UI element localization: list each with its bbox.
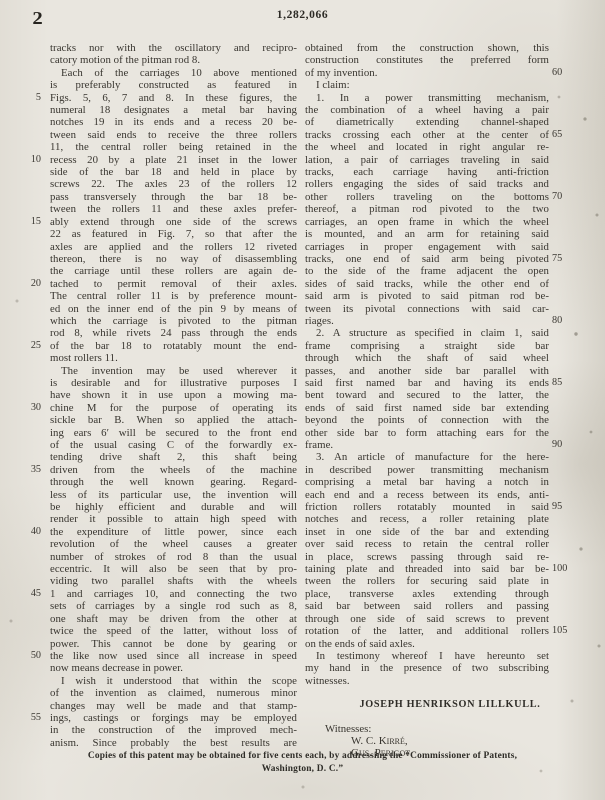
text-line-content: In testimony whereof I have hereunto set — [305, 650, 549, 662]
text-line-content: carriages in proper engagement with said — [305, 241, 549, 253]
text-line-content: I claim: — [305, 79, 549, 91]
text-line: have shown it in use upon a mowing ma- — [50, 389, 297, 401]
text-line: the expenditure of little power, since e… — [50, 526, 297, 538]
text-line: in described power transmitting mechanis… — [305, 464, 549, 476]
text-line-content: twice the speed of the latter, without l… — [50, 625, 297, 637]
text-line: witnesses. — [305, 675, 549, 687]
text-line: viding two parallel shafts with the whee… — [50, 575, 297, 587]
text-line-content: tween its pivotal connections with said … — [305, 303, 549, 315]
text-line: thereof, a pitman rod pivoted to the two — [305, 203, 549, 215]
text-line-content: 3. An article of manufacture for the her… — [305, 451, 549, 463]
text-line: screws 22. The axles 23 of the rollers 1… — [50, 178, 297, 190]
text-line-content: bent toward and secured to the latter, t… — [305, 389, 549, 401]
text-line: said first named bar and having its ends… — [305, 377, 549, 389]
text-line-content: is preferably constructed as featured in — [50, 79, 297, 91]
witnesses-label: Witnesses: — [305, 723, 549, 735]
text-line-content: The central roller 11 is by preference m… — [50, 290, 297, 302]
text-line: one shaft may be driven from the other a… — [50, 613, 297, 625]
text-line: tracks, each carriage having anti-fricti… — [305, 166, 549, 178]
text-line-content: frame comprising a straight side bar — [305, 340, 549, 352]
text-line-content: passes, and another side bar parallel wi… — [305, 365, 549, 377]
text-line-content: in described power transmitting mechanis… — [305, 464, 549, 476]
text-line: pass transversely through the bar 18 be- — [50, 191, 297, 203]
text-line-content: tween the rollers for securing said plat… — [305, 575, 549, 587]
text-line-content: in place, screws passing through said re… — [305, 551, 549, 563]
text-line-content: sickle bar B. When so applied the attach… — [50, 414, 297, 426]
text-line-content: place, transverse axles extending throug… — [305, 588, 549, 600]
text-line-content: numeral 18 designates a metal bar having — [50, 104, 297, 116]
text-line-content: rod 8, while rivets 24 pass through the … — [50, 327, 297, 339]
text-line: side of the bar 18 and held in place by — [50, 166, 297, 178]
text-line: through which the shaft of said wheel — [305, 352, 549, 364]
text-line: is mounted, and an arm for retaining sai… — [305, 228, 549, 240]
text-line: number of strokes of rod 8 than the usua… — [50, 551, 297, 563]
text-line: axles are applied and the rollers 12 riv… — [50, 241, 297, 253]
text-line: the carriage until these rollers are aga… — [50, 265, 297, 277]
text-line: 1. In a power transmitting mechanism, — [305, 92, 549, 104]
text-line: lation, a pair of carriages traveling in… — [305, 154, 549, 166]
text-line: of my invention.60 — [305, 67, 549, 79]
text-line: The central roller 11 is by preference m… — [50, 290, 297, 302]
text-line: tween the rollers 11 and these axles pre… — [50, 203, 297, 215]
text-line-content: lation, a pair of carriages traveling in… — [305, 154, 549, 166]
text-line: eccentric. It will also be seen that by … — [50, 563, 297, 575]
text-line-content: recess 20 by a plate 21 inset in the low… — [50, 154, 297, 166]
text-line: is desirable and for illustrative purpos… — [50, 377, 297, 389]
text-line: friction rollers rotatably mounted in sa… — [305, 501, 549, 513]
text-line-content: the wheel and located in right angular r… — [305, 141, 549, 153]
text-line-content: comprising a metal bar having a notch in — [305, 476, 549, 488]
text-line-content: obtained from the construction shown, th… — [305, 42, 549, 54]
text-line: rollers engaging the sides of said track… — [305, 178, 549, 190]
text-line-content: is desirable and for illustrative purpos… — [50, 377, 297, 389]
text-line-content: over said recess to retain the central r… — [305, 538, 549, 550]
text-line: Each of the carriages 10 above mentioned — [50, 67, 297, 79]
text-line: riages.80 — [305, 315, 549, 327]
text-line-content: tached to permit removal of their axles. — [50, 278, 297, 290]
text-line-content: changes may well be made and that stamp- — [50, 700, 297, 712]
text-line: thereon, there is no way of disassemblin… — [50, 253, 297, 265]
text-line-content: of the usual casing C of the forwardly e… — [50, 439, 297, 451]
witness-name: W. C. Kirré, — [305, 735, 549, 747]
inventor-signature: JOSEPH HENRIKSON LILLKULL. — [305, 699, 549, 711]
text-line: notches and recess, a roller retaining p… — [305, 513, 549, 525]
text-line: inset in one side of the bar and extendi… — [305, 526, 549, 538]
margin-line-number: 80 — [552, 315, 578, 327]
text-line: The invention may be used wherever it — [50, 365, 297, 377]
text-line-content: viding two parallel shafts with the whee… — [50, 575, 297, 587]
margin-line-number: 30 — [24, 402, 41, 414]
text-line: comprising a metal bar having a notch in — [305, 476, 549, 488]
text-line-content: I wish it understood that within the sco… — [50, 675, 297, 687]
text-line: most rollers 11. — [50, 352, 297, 364]
text-line-content: ings, castings or forgings may be employ… — [50, 712, 297, 724]
text-line: changes may well be made and that stamp- — [50, 700, 297, 712]
text-line: taining plate and threaded into said bar… — [305, 563, 549, 575]
text-line-content: the like now used since all increase in … — [50, 650, 297, 662]
text-line-content: be highly efficient and durable and will — [50, 501, 297, 513]
text-line: I wish it understood that within the sco… — [50, 675, 297, 687]
text-line: notches 19 in its ends and a recess 20 b… — [50, 116, 297, 128]
text-line-content: 1. In a power transmitting mechanism, — [305, 92, 549, 104]
text-line: catory motion of the pitman rod 8. — [50, 54, 297, 66]
text-line-content: Figs. 5, 6, 7 and 8. In these figures, t… — [50, 92, 297, 104]
text-line-content: chine M for the purpose of operating its — [50, 402, 297, 414]
text-line: driven from the wheels of the machine35 — [50, 464, 297, 476]
text-line-content: less of its particular use, the inventio… — [50, 489, 297, 501]
margin-line-number: 75 — [552, 253, 578, 265]
text-line-content: ably extend through one side of the scre… — [50, 216, 297, 228]
text-line: tracks crossing each other at the center… — [305, 129, 549, 141]
text-line: ing ears 6′ will be secured to the front… — [50, 427, 297, 439]
text-line: in place, screws passing through said re… — [305, 551, 549, 563]
text-line-content: ing ears 6′ will be secured to the front… — [50, 427, 297, 439]
text-line-content: each end and a recess between its ends, … — [305, 489, 549, 501]
text-line-content: through the well known gearing. Regard- — [50, 476, 297, 488]
text-line: sides of said tracks, while the other en… — [305, 278, 549, 290]
text-line-content: taining plate and threaded into said bar… — [305, 563, 549, 575]
margin-line-number: 85 — [552, 377, 578, 389]
text-line-content: 1 and carriages 10, and connecting the t… — [50, 588, 297, 600]
margin-line-number: 105 — [552, 625, 578, 637]
text-line-content: side of the bar 18 and held in place by — [50, 166, 297, 178]
text-line-content: tracks, each carriage having anti-fricti… — [305, 166, 549, 178]
text-line: carriages, an open frame in which the wh… — [305, 216, 549, 228]
text-line: ings, castings or forgings may be employ… — [50, 712, 297, 724]
text-line-content: ed on the inner end of the pin 9 by mean… — [50, 303, 297, 315]
text-line-content: tracks, one end of said arm being pivote… — [305, 253, 549, 265]
text-line-content: ends of said first named side bar extend… — [305, 402, 549, 414]
text-line: power. This cannot be done by gearing or — [50, 638, 297, 650]
text-line-content: said bar between said rollers and passin… — [305, 600, 549, 612]
text-line: of the bar 18 to rotatably mount the end… — [50, 340, 297, 352]
text-line-content: pass transversely through the bar 18 be- — [50, 191, 297, 203]
text-line-content: of the bar 18 to rotatably mount the end… — [50, 340, 297, 352]
text-line: frame.90 — [305, 439, 549, 451]
text-line-content: most rollers 11. — [50, 352, 297, 364]
text-line: of the invention as claimed, numerous mi… — [50, 687, 297, 699]
text-line: the like now used since all increase in … — [50, 650, 297, 662]
text-line: 11, the central roller being retained in… — [50, 141, 297, 153]
text-line: which the carriage is pivoted to the pit… — [50, 315, 297, 327]
text-line-content: beyond the points of connection with the — [305, 414, 549, 426]
text-line: place, transverse axles extending throug… — [305, 588, 549, 600]
text-line-content: driven from the wheels of the machine — [50, 464, 297, 476]
margin-line-number: 5 — [24, 92, 41, 104]
text-line-content: of my invention. — [305, 67, 549, 79]
text-line-content: carriages, an open frame in which the wh… — [305, 216, 549, 228]
text-line-content: other side bar to form attaching ears fo… — [305, 427, 549, 439]
margin-line-number: 45 — [24, 588, 41, 600]
margin-line-number: 15 — [24, 216, 41, 228]
footer-notice: Copies of this patent may be obtained fo… — [0, 750, 605, 776]
margin-line-number: 25 — [24, 340, 41, 352]
text-line-content: my hand in the presence of two subscribi… — [305, 662, 549, 674]
text-line-content: to the side of the frame adjacent the op… — [305, 265, 549, 277]
text-line-content: 11, the central roller being retained in… — [50, 141, 297, 153]
text-line: rod 8, while rivets 24 pass through the … — [50, 327, 297, 339]
text-line-content: the carriage until these rollers are aga… — [50, 265, 297, 277]
text-line: other rollers traveling on the bottoms70 — [305, 191, 549, 203]
left-column-lines: tracks nor with the oscillatory and reci… — [50, 42, 297, 749]
text-line-content: tracks crossing each other at the center… — [305, 129, 549, 141]
footer-line-1: Copies of this patent may be obtained fo… — [0, 750, 605, 763]
text-line: ends of said first named side bar extend… — [305, 402, 549, 414]
margin-line-number: 55 — [24, 712, 41, 724]
text-line-content: the expenditure of little power, since e… — [50, 526, 297, 538]
text-line-content: axles are applied and the rollers 12 riv… — [50, 241, 297, 253]
margin-line-number: 50 — [24, 650, 41, 662]
text-line: Figs. 5, 6, 7 and 8. In these figures, t… — [50, 92, 297, 104]
text-line-content: tending drive shaft 2, this shaft being — [50, 451, 297, 463]
margin-line-number: 90 — [552, 439, 578, 451]
text-line: through the well known gearing. Regard- — [50, 476, 297, 488]
text-line-content: through which the shaft of said wheel — [305, 352, 549, 364]
text-line-content: number of strokes of rod 8 than the usua… — [50, 551, 297, 563]
text-line: recess 20 by a plate 21 inset in the low… — [50, 154, 297, 166]
text-line: each end and a recess between its ends, … — [305, 489, 549, 501]
margin-line-number: 65 — [552, 129, 578, 141]
patent-document-page: 2 1,282,066 tracks nor with the oscillat… — [0, 0, 605, 800]
text-line: numeral 18 designates a metal bar having — [50, 104, 297, 116]
text-line: other side bar to form attaching ears fo… — [305, 427, 549, 439]
text-line: 3. An article of manufacture for the her… — [305, 451, 549, 463]
text-line-content: Each of the carriages 10 above mentioned — [50, 67, 297, 79]
text-line-content: on the ends of said axles. — [305, 638, 549, 650]
text-line-content: render it possible to attain high speed … — [50, 513, 297, 525]
text-line-content: notches 19 in its ends and a recess 20 b… — [50, 116, 297, 128]
text-line: rotation of the latter, and additional r… — [305, 625, 549, 637]
text-line: obtained from the construction shown, th… — [305, 42, 549, 54]
margin-line-number: 20 — [24, 278, 41, 290]
text-line-content: which the carriage is pivoted to the pit… — [50, 315, 297, 327]
text-line: said arm is pivoted to said pitman rod b… — [305, 290, 549, 302]
text-line-content: said first named bar and having its ends — [305, 377, 549, 389]
text-line: now means decrease in power. — [50, 662, 297, 674]
text-line: tween said ends to receive the three rol… — [50, 129, 297, 141]
text-line-content: revolution of the wheel causes a greater — [50, 538, 297, 550]
text-line: 2. A structure as specified in claim 1, … — [305, 327, 549, 339]
text-line: I claim: — [305, 79, 549, 91]
margin-line-number: 70 — [552, 191, 578, 203]
text-line: chine M for the purpose of operating its… — [50, 402, 297, 414]
text-line: passes, and another side bar parallel wi… — [305, 365, 549, 377]
text-line-content: through one side of said screws to preve… — [305, 613, 549, 625]
text-line-content: sets of carriages by a single rod such a… — [50, 600, 297, 612]
text-line-content: 22 as featured in Fig. 7, so that after … — [50, 228, 297, 240]
text-line-content: tween the rollers 11 and these axles pre… — [50, 203, 297, 215]
text-line: the wheel and located in right angular r… — [305, 141, 549, 153]
text-line: in the construction of the improved mech… — [50, 724, 297, 736]
text-line-content: rollers engaging the sides of said track… — [305, 178, 549, 190]
text-line-content: screws 22. The axles 23 of the rollers 1… — [50, 178, 297, 190]
paper-speckles — [0, 0, 2, 2]
text-line-content: power. This cannot be done by gearing or — [50, 638, 297, 650]
text-line-content: thereon, there is no way of disassemblin… — [50, 253, 297, 265]
margin-line-number: 40 — [24, 526, 41, 538]
margin-line-number: 35 — [24, 464, 41, 476]
text-line: tween its pivotal connections with said … — [305, 303, 549, 315]
text-line: over said recess to retain the central r… — [305, 538, 549, 550]
text-line-content: riages. — [305, 315, 549, 327]
text-line: sets of carriages by a single rod such a… — [50, 600, 297, 612]
text-line: tached to permit removal of their axles.… — [50, 278, 297, 290]
text-line: frame comprising a straight side bar — [305, 340, 549, 352]
text-line-content: eccentric. It will also be seen that by … — [50, 563, 297, 575]
left-column: tracks nor with the oscillatory and reci… — [50, 42, 297, 760]
text-line: render it possible to attain high speed … — [50, 513, 297, 525]
text-line-content: catory motion of the pitman rod 8. — [50, 54, 297, 66]
text-line: tween the rollers for securing said plat… — [305, 575, 549, 587]
text-line: ed on the inner end of the pin 9 by mean… — [50, 303, 297, 315]
text-line-content: The invention may be used wherever it — [50, 365, 297, 377]
text-line: twice the speed of the latter, without l… — [50, 625, 297, 637]
text-line-content: witnesses. — [305, 675, 549, 687]
text-line: tracks nor with the oscillatory and reci… — [50, 42, 297, 54]
text-line-content: tween said ends to receive the three rol… — [50, 129, 297, 141]
text-line-content: other rollers traveling on the bottoms — [305, 191, 549, 203]
text-line-content: of the invention as claimed, numerous mi… — [50, 687, 297, 699]
text-line: beyond the points of connection with the — [305, 414, 549, 426]
patent-number: 1,282,066 — [0, 9, 605, 21]
text-line: 1 and carriages 10, and connecting the t… — [50, 588, 297, 600]
text-line-content: notches and recess, a roller retaining p… — [305, 513, 549, 525]
text-line-content: 2. A structure as specified in claim 1, … — [305, 327, 549, 339]
text-line-content: anism. Since probably the best results a… — [50, 737, 297, 749]
text-line-content: is mounted, and an arm for retaining sai… — [305, 228, 549, 240]
text-line: revolution of the wheel causes a greater — [50, 538, 297, 550]
text-line: of diametrically extending channel-shape… — [305, 116, 549, 128]
text-line-content: of diametrically extending channel-shape… — [305, 116, 549, 128]
text-line: less of its particular use, the inventio… — [50, 489, 297, 501]
text-line-content: inset in one side of the bar and extendi… — [305, 526, 549, 538]
text-line: 22 as featured in Fig. 7, so that after … — [50, 228, 297, 240]
margin-line-number: 60 — [552, 67, 578, 79]
text-line-content: construction constitutes the preferred f… — [305, 54, 549, 66]
text-line-content: thereof, a pitman rod pivoted to the two — [305, 203, 549, 215]
text-line-content: in the construction of the improved mech… — [50, 724, 297, 736]
text-line-content: sides of said tracks, while the other en… — [305, 278, 549, 290]
footer-line-2: Washington, D. C.” — [0, 763, 605, 776]
text-line: construction constitutes the preferred f… — [305, 54, 549, 66]
text-line: ably extend through one side of the scre… — [50, 216, 297, 228]
margin-line-number: 95 — [552, 501, 578, 513]
text-columns: tracks nor with the oscillatory and reci… — [50, 42, 549, 760]
margin-line-number: 100 — [552, 563, 578, 575]
text-line: of the usual casing C of the forwardly e… — [50, 439, 297, 451]
text-line-content: frame. — [305, 439, 549, 451]
text-line-content: tracks nor with the oscillatory and reci… — [50, 42, 297, 54]
text-line-content: friction rollers rotatably mounted in sa… — [305, 501, 549, 513]
text-line: anism. Since probably the best results a… — [50, 737, 297, 749]
right-column-lines: obtained from the construction shown, th… — [305, 42, 549, 687]
text-line: the combination of a wheel having a pair — [305, 104, 549, 116]
text-line-content: rotation of the latter, and additional r… — [305, 625, 549, 637]
text-line-content: now means decrease in power. — [50, 662, 297, 674]
text-line: In testimony whereof I have hereunto set — [305, 650, 549, 662]
text-line: to the side of the frame adjacent the op… — [305, 265, 549, 277]
text-line: tending drive shaft 2, this shaft being — [50, 451, 297, 463]
text-line: is preferably constructed as featured in — [50, 79, 297, 91]
text-line: said bar between said rollers and passin… — [305, 600, 549, 612]
text-line-content: one shaft may be driven from the other a… — [50, 613, 297, 625]
margin-line-number: 10 — [24, 154, 41, 166]
text-line: carriages in proper engagement with said — [305, 241, 549, 253]
right-column: obtained from the construction shown, th… — [305, 42, 549, 760]
text-line: my hand in the presence of two subscribi… — [305, 662, 549, 674]
text-line-content: said arm is pivoted to said pitman rod b… — [305, 290, 549, 302]
text-line: on the ends of said axles. — [305, 638, 549, 650]
text-line-content: the combination of a wheel having a pair — [305, 104, 549, 116]
text-line: through one side of said screws to preve… — [305, 613, 549, 625]
text-line-content: have shown it in use upon a mowing ma- — [50, 389, 297, 401]
text-line: sickle bar B. When so applied the attach… — [50, 414, 297, 426]
text-line: tracks, one end of said arm being pivote… — [305, 253, 549, 265]
text-line: bent toward and secured to the latter, t… — [305, 389, 549, 401]
text-line: be highly efficient and durable and will — [50, 501, 297, 513]
